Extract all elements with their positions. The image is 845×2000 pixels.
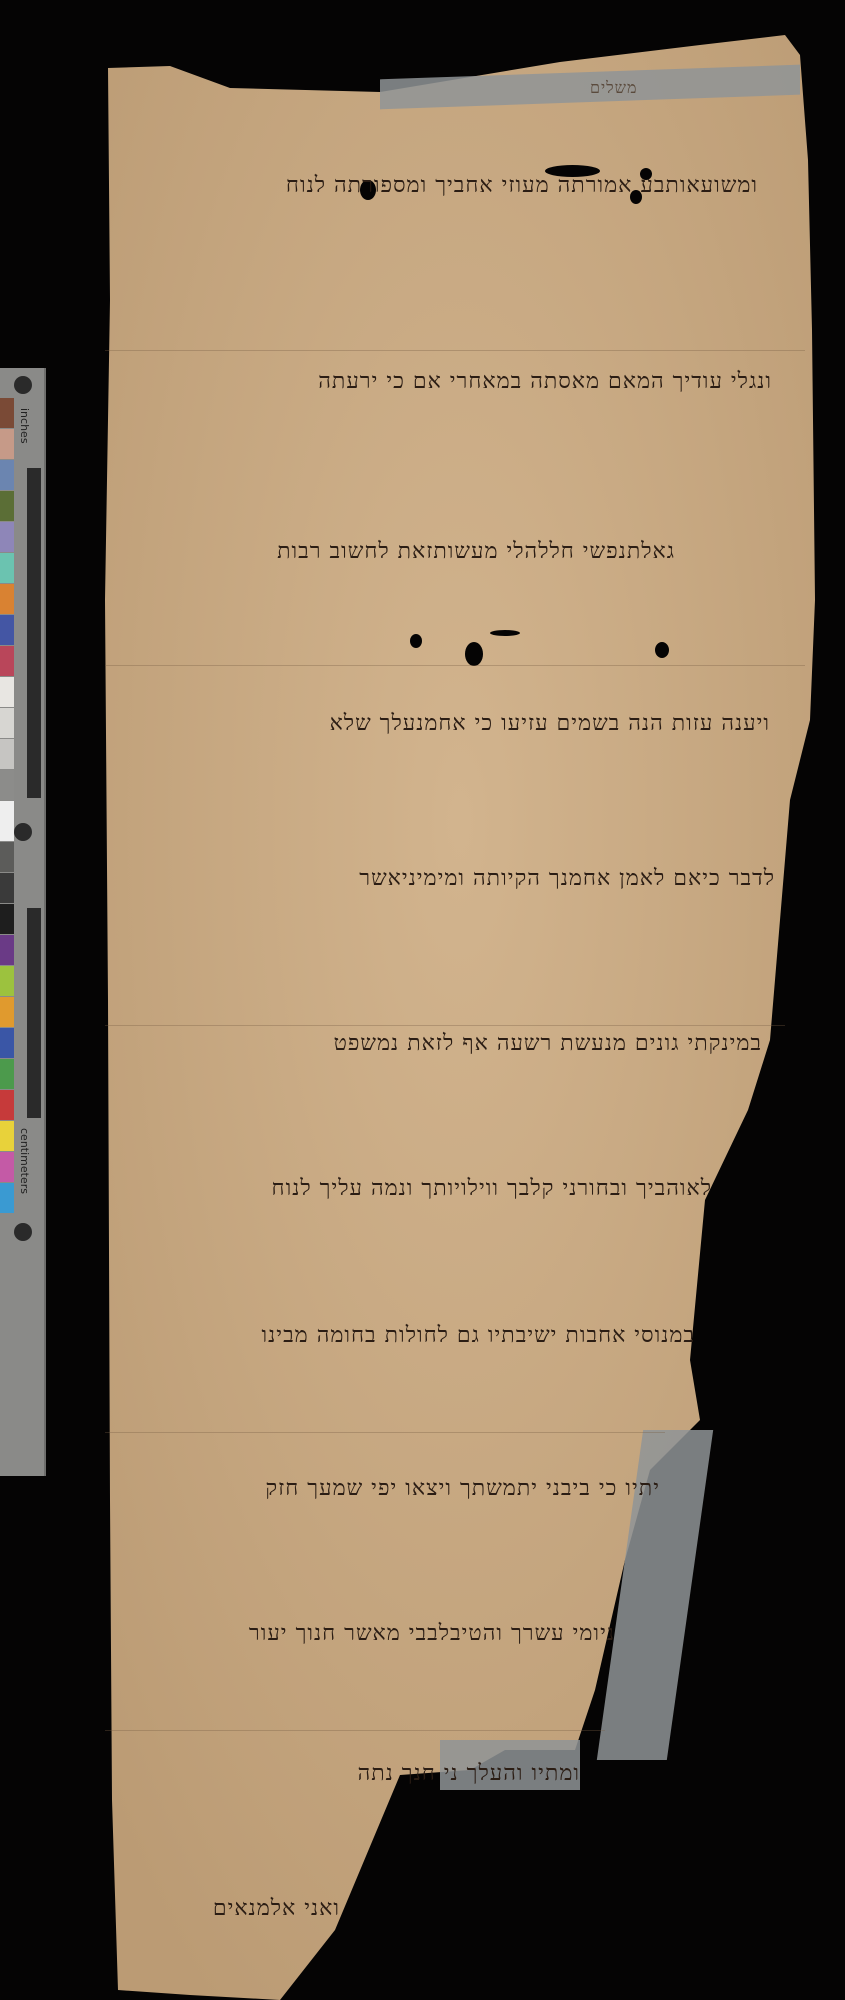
manuscript-line: ניומי עשרך והטיבלבבי מאשר חנוך יעור: [125, 1620, 615, 1646]
parchment-fragment: [0, 0, 845, 2000]
color-swatch: [0, 739, 14, 769]
centimeters-label: centimeters: [18, 1128, 31, 1194]
color-swatch: [0, 708, 14, 738]
color-swatch: [0, 1059, 14, 1089]
manuscript-line: ומתיו והעלך ני חנך נתה: [120, 1760, 580, 1786]
fold-line: [105, 1432, 665, 1433]
fold-line: [105, 665, 805, 666]
manuscript-line: במנוסי אחבות ישיבתיו גם לחולות בחומה מבי…: [125, 1322, 695, 1348]
color-swatch: [0, 646, 14, 676]
color-swatch: [0, 491, 14, 521]
scale-registration-dot: [14, 823, 32, 841]
manuscript-photo: משלים ומשועאותבע אמורתה מעוזי אחביך ומספ…: [0, 0, 845, 2000]
hole: [410, 634, 422, 648]
manuscript-line: ויענה עזות הנה בשמים עזיעו כי אחמנעלך של…: [110, 710, 770, 736]
inches-label: inches: [18, 408, 31, 444]
color-swatch: [0, 1121, 14, 1151]
scale-registration-dot: [14, 376, 32, 394]
hole: [465, 642, 483, 666]
cm-ruler: [27, 908, 41, 1118]
color-swatch: [0, 935, 14, 965]
color-swatch: [0, 460, 14, 490]
color-swatch: [0, 584, 14, 614]
manuscript-line: יתיו כי ביבני יתמשתך ויצאו יפי שמעך חזק: [130, 1475, 660, 1501]
color-swatch: [0, 677, 14, 707]
color-swatch: [0, 429, 14, 459]
color-scale-bar: inches centimeters: [0, 368, 46, 1476]
hole: [490, 630, 520, 636]
manuscript-header: משלים: [590, 78, 637, 98]
fold-line: [105, 350, 805, 351]
color-swatch: [0, 398, 14, 428]
scale-registration-dot: [14, 1223, 32, 1241]
color-swatch: [0, 966, 14, 996]
manuscript-line: ואני אלמנאים: [120, 1895, 340, 1921]
color-swatch: [0, 615, 14, 645]
inch-ruler: [27, 468, 41, 798]
color-swatch: [0, 553, 14, 583]
fold-line: [105, 1025, 785, 1026]
color-swatch: [0, 1028, 14, 1058]
color-swatch: [0, 904, 14, 934]
color-swatch: [0, 997, 14, 1027]
color-swatch: [0, 873, 14, 903]
color-swatch: [0, 522, 14, 552]
manuscript-line: במינקתי גונים מנעשת רשעה אף לזאת נמשפט: [112, 1030, 762, 1056]
fold-line: [105, 1730, 605, 1731]
manuscript-line: ומשועאותבע אמורתה מעוזי אחביך ומספורתה ל…: [108, 172, 758, 198]
color-swatch: [0, 842, 14, 872]
manuscript-line: ונגלי עודיך המאם מאסתה במאחרי אם כי ירעת…: [112, 368, 772, 394]
color-swatch: [0, 1183, 14, 1213]
manuscript-line: גאלתנפשי חללהלי מעשותזאת לחשוב רבות: [115, 538, 675, 564]
color-swatch: [0, 770, 14, 800]
manuscript-line: לאוהביך ובחורני קלבך ווילויותך ונמה עליך…: [112, 1175, 712, 1201]
color-swatch: [0, 1152, 14, 1182]
color-swatch: [0, 1090, 14, 1120]
color-swatch: [0, 801, 14, 841]
hole: [655, 642, 669, 658]
manuscript-line: לדבר כיאם לאמן אחמנך הקיותה ומימיניאשר: [115, 865, 775, 891]
